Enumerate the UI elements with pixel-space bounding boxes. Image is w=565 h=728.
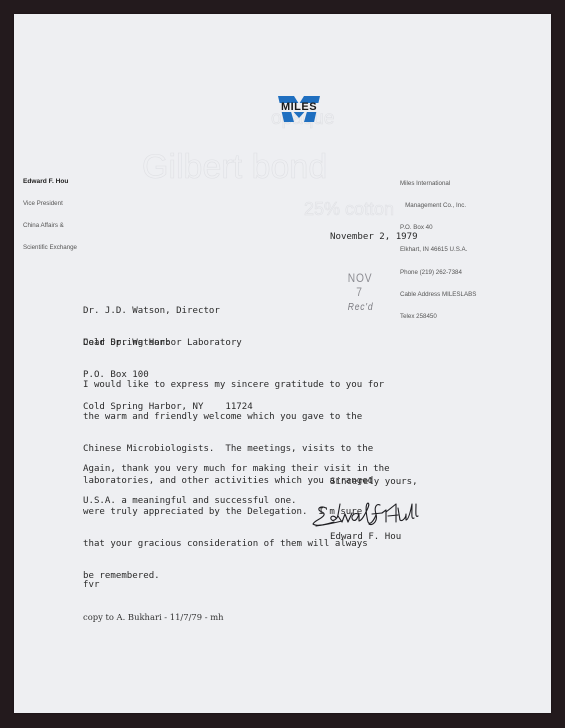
body-line: Again, thank you very much for making th…	[83, 464, 390, 475]
stamp-label: Rec'd	[348, 302, 374, 313]
sender-title: Vice President	[23, 200, 77, 207]
sender-dept-2: Scientific Exchange	[23, 244, 77, 251]
miles-logo: MILES	[269, 94, 329, 124]
company-line: Phone (219) 262-7384	[400, 269, 476, 276]
sender-block: Edward F. Hou Vice President China Affai…	[23, 163, 77, 267]
logo-text: MILES	[276, 101, 322, 113]
salutation: Dear Dr. Watson:	[83, 338, 171, 349]
copy-note: copy to A. Bukhari - 11/7/79 - mh	[83, 612, 224, 622]
typist-initials: fvr	[83, 580, 99, 591]
company-address-block: Miles International Management Co., Inc.…	[400, 165, 476, 335]
recipient-line: Dr. J.D. Watson, Director	[83, 306, 253, 317]
letter-page: opaque Gilbert bond 25% cotton MILES Edw…	[14, 14, 551, 713]
watermark-line-2: Gilbert bond	[142, 148, 327, 187]
signatory-name: Edward F. Hou	[330, 532, 401, 543]
company-line: Cable Address MILESLABS	[400, 291, 476, 298]
stamp-day: 7	[356, 285, 363, 299]
company-line: P.O. Box 40	[400, 224, 476, 231]
company-line: Elkhart, IN 46615 U.S.A.	[400, 246, 476, 253]
closing: Sincerely yours,	[330, 477, 418, 488]
watermark-line-3: 25% cotton	[304, 199, 394, 220]
sender-name: Edward F. Hou	[23, 178, 77, 185]
letter-date: November 2, 1979	[330, 232, 418, 243]
company-line: Telex 258450	[400, 313, 476, 320]
stamp-month: NOV	[348, 271, 373, 285]
sender-dept-1: China Affairs &	[23, 222, 77, 229]
received-stamp: NOV 7 Rec'd	[333, 257, 373, 327]
company-line: Management Co., Inc.	[400, 202, 476, 209]
company-line: Miles International	[400, 180, 476, 187]
body-line: the warm and friendly welcome which you …	[83, 412, 384, 423]
body-line: I would like to express my sincere grati…	[83, 380, 384, 391]
body-line: be remembered.	[83, 571, 384, 582]
handwritten-signature	[312, 500, 442, 534]
